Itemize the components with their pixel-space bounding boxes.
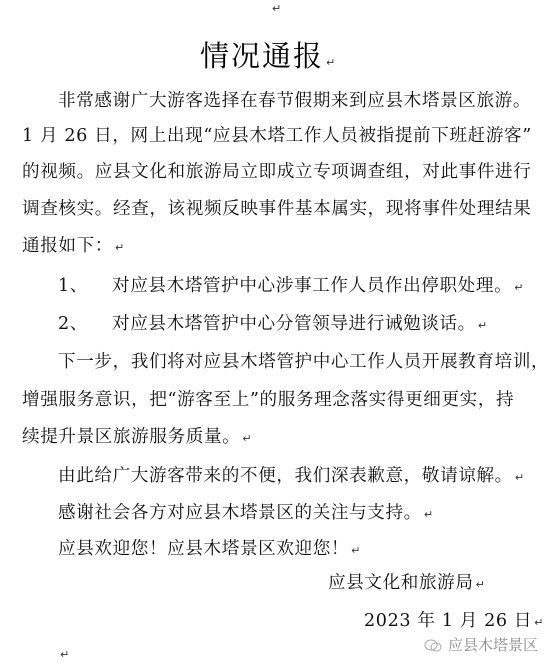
paragraph-line: 下一步，我们将对应县木塔管护中心工作人员开展教育培训， (58, 351, 549, 373)
list-item: 1、对应县木塔管护中心涉事工作人员作出停职处理。↵ (58, 275, 524, 299)
signature: 应县文化和旅游局↵ (328, 572, 485, 596)
paragraph-line: 的视频。应县文化和旅游局立即成立专项调查组，对此事件进行 (22, 161, 531, 183)
paragraph-line: 续提升景区旅游服务质量。↵ (22, 426, 252, 450)
paragraph-line: 通报如下：↵ (22, 235, 125, 259)
wechat-icon (424, 639, 442, 653)
list-item: 2、对应县木塔管护中心分管领导进行诫勉谈话。↵ (58, 313, 488, 337)
paragraph-line: 感谢社会各方对应县木塔景区的关注与支持。↵ (58, 502, 434, 526)
paragraph-line: 非常感谢广大游客选择在春节假期来到应县木塔景区旅游。 (58, 90, 531, 112)
date: 2023 年 1 月 26 日↵ (364, 610, 544, 634)
paragraph-mark: ↵ (272, 2, 281, 15)
watermark: 应县木塔景区 (424, 634, 538, 655)
paragraph-line: 调查核实。经查，该视频反映事件基本属实，现将事件处理结果 (22, 198, 531, 220)
paragraph-line: 由此给广大游客带来的不便，我们深表歉意，敬请谅解。↵ (58, 465, 525, 489)
paragraph-mark: ↵ (60, 648, 69, 661)
paragraph-line: 应县欢迎您！应县木塔景区欢迎您！↵ (58, 538, 361, 562)
paragraph-line: 增强服务意识，把“游客至上”的服务理念落实得更细更实，持 (22, 389, 514, 411)
page-title: 情况通报↵ (200, 34, 337, 75)
paragraph-line: 1 月 26 日，网上出现“应县木塔工作人员被指提前下班赶游客” (22, 125, 532, 147)
